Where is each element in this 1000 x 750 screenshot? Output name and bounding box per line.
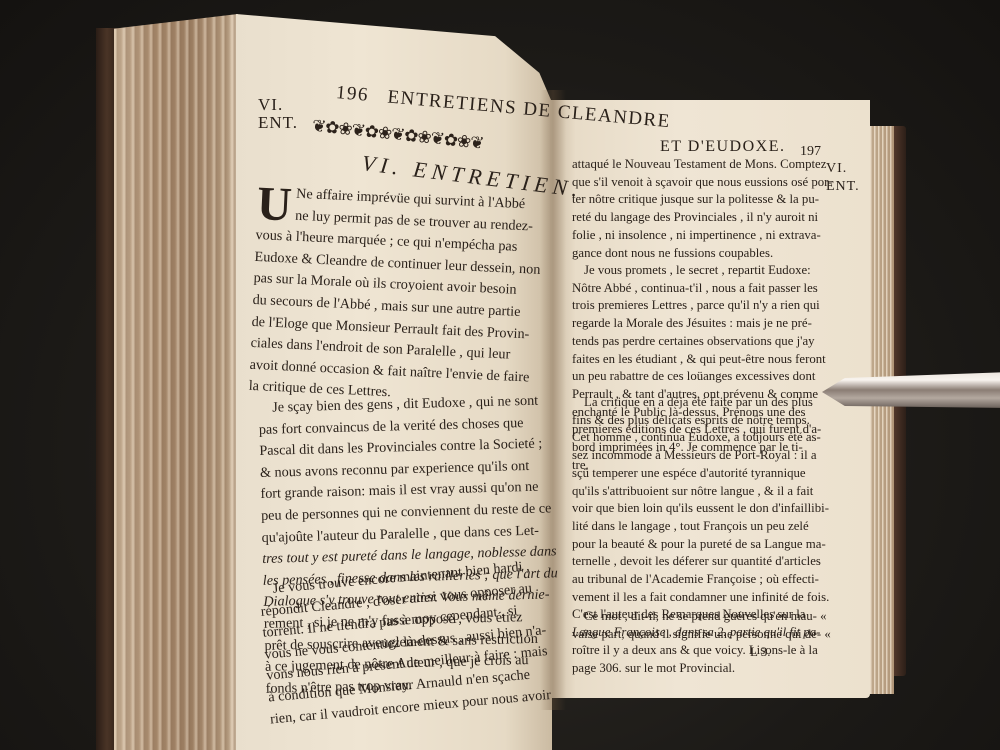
left-margin-note: VI. ENT. xyxy=(258,96,298,132)
signature-mark: L 3. xyxy=(750,644,770,660)
right-paragraph-4: Ce mot , dit-il, ne se prend guéres qu'e… xyxy=(572,608,862,643)
left-page-edges xyxy=(114,14,238,750)
left-page-number: 196 xyxy=(335,82,370,106)
right-running-head: ET D'EUDOXE. xyxy=(660,138,785,156)
left-paragraph-3: Je vous trouve encore maintenant bien ha… xyxy=(258,554,570,731)
right-paragraph-1: attaqué le Nouveau Testament de Mons. Co… xyxy=(572,156,862,262)
book-photo: 196 ENTRETIENS DE CLEANDRE VI. ENT. ❦✿❀❦… xyxy=(0,0,1000,750)
drop-cap: U xyxy=(256,184,292,226)
right-running-head-title: ET D'EUDOXE. xyxy=(660,138,785,155)
left-paragraph-1: U Ne affaire imprévüe qui survint à l'Ab… xyxy=(248,182,557,411)
